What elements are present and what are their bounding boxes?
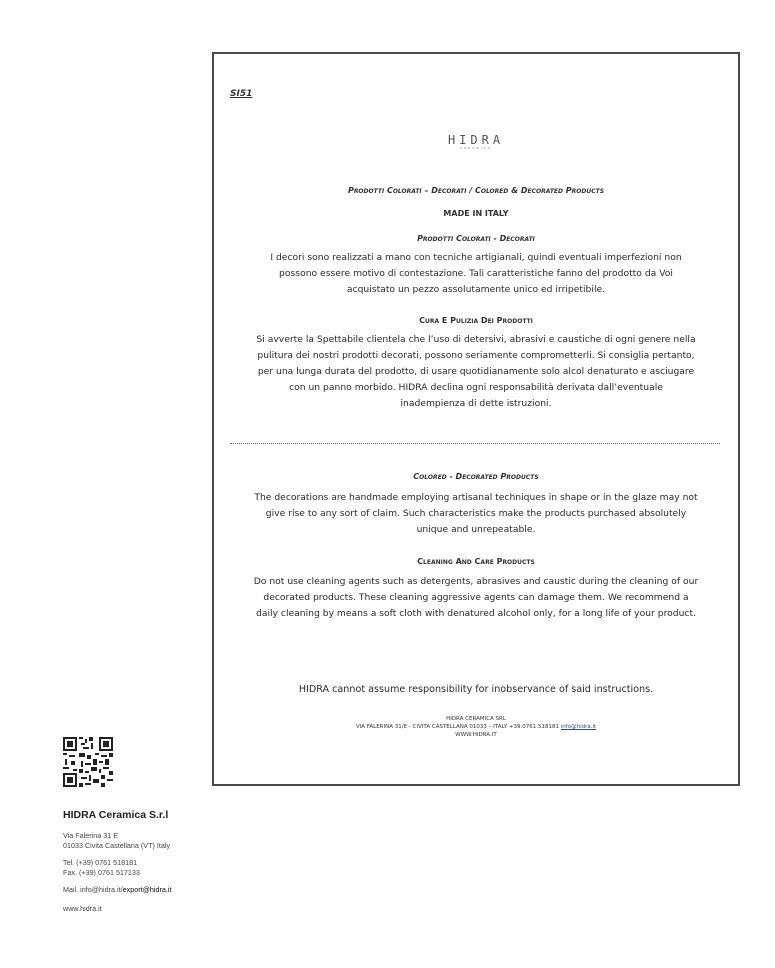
para-line: inadempienza di dette istruzioni. [220, 396, 732, 412]
contact-address: Via Falerina 31 E 01033 Civita Castellan… [63, 831, 170, 850]
footer-website: WWW.HIDRA.IT [214, 731, 738, 739]
qr-code-icon [63, 737, 113, 787]
footer-address: VIA FALERINA 31/E - CIVITA CASTELLANA 01… [214, 723, 738, 731]
address-line: Via Falerina 31 E [63, 831, 170, 841]
english-paragraph: The decorations are handmade employing a… [220, 490, 732, 538]
document-title: Prodotti Colorati – Decorati / Colored &… [214, 186, 738, 195]
para-line: pulitura dei nostri prodotti decorati, p… [220, 348, 732, 364]
italian-care-paragraph: Si avverte la Spettabile clientela che l… [220, 332, 732, 412]
para-line: I decori sono realizzati a mano con tecn… [220, 250, 732, 266]
footer-company: HIDRA CERAMICA SRL [214, 715, 738, 723]
mail-text: Mail. info@hidra.it/ [63, 885, 123, 894]
para-line: daily cleaning by means a soft cloth wit… [220, 606, 732, 622]
english-heading: Colored - Decorated Products [214, 472, 738, 481]
para-line: give rise to any sort of claim. Such cha… [220, 506, 732, 522]
contact-company: HIDRA Ceramica S.r.l [63, 809, 168, 821]
para-line: unique and unrepeatable. [220, 522, 732, 538]
para-line: con un panno morbido. HIDRA declina ogni… [220, 380, 732, 396]
italian-paragraph: I decori sono realizzati a mano con tecn… [220, 250, 732, 298]
fax-text: Fax. (+39) 0761 517133 [63, 868, 140, 878]
address-line: 01033 Civita Castellana (VT) Italy [63, 841, 170, 851]
footer-email-link[interactable]: info@hidra.it [561, 724, 596, 730]
english-care-paragraph: Do not use cleaning agents such as deter… [220, 574, 732, 622]
contact-mail: Mail. info@hidra.it/export@hidra.it [63, 885, 172, 895]
para-line: Si avverte la Spettabile clientela che l… [220, 332, 732, 348]
export-mail-link[interactable]: export@hidra.it [123, 885, 172, 894]
hidra-logo: HIDRA CERAMICA [214, 134, 738, 151]
para-line: Do not use cleaning agents such as deter… [220, 574, 732, 590]
document-footer: HIDRA CERAMICA SRL VIA FALERINA 31/E - C… [214, 715, 738, 739]
italian-heading: Prodotti Colorati - Decorati [214, 234, 738, 243]
document-sheet: SI51 HIDRA CERAMICA Prodotti Colorati – … [212, 52, 740, 786]
english-care-heading: Cleaning And Care Products [214, 557, 738, 566]
italian-care-heading: Cura E Pulizia Dei Prodotti [214, 316, 738, 325]
logo-sub: CERAMICA [214, 146, 738, 151]
tel-text: Tel. (+39) 0761 518181 [63, 858, 140, 868]
section-divider [230, 443, 720, 444]
para-line: possono essere motivo di contestazione. … [220, 266, 732, 282]
para-line: decorated products. These cleaning aggre… [220, 590, 732, 606]
contact-phone: Tel. (+39) 0761 518181 Fax. (+39) 0761 5… [63, 858, 140, 877]
logo-brand: HIDRA [214, 134, 738, 146]
para-line: The decorations are handmade employing a… [220, 490, 732, 506]
document-code: SI51 [230, 89, 252, 99]
english-disclaimer: HIDRA cannot assume responsibility for i… [220, 682, 732, 698]
made-in-italy: MADE IN ITALY [214, 209, 738, 218]
para-line: acquistato un pezzo assolutamente unico … [220, 282, 732, 298]
contact-website[interactable]: www.hidra.it [63, 904, 102, 914]
para-line: per una lunga durata del prodotto, di us… [220, 364, 732, 380]
